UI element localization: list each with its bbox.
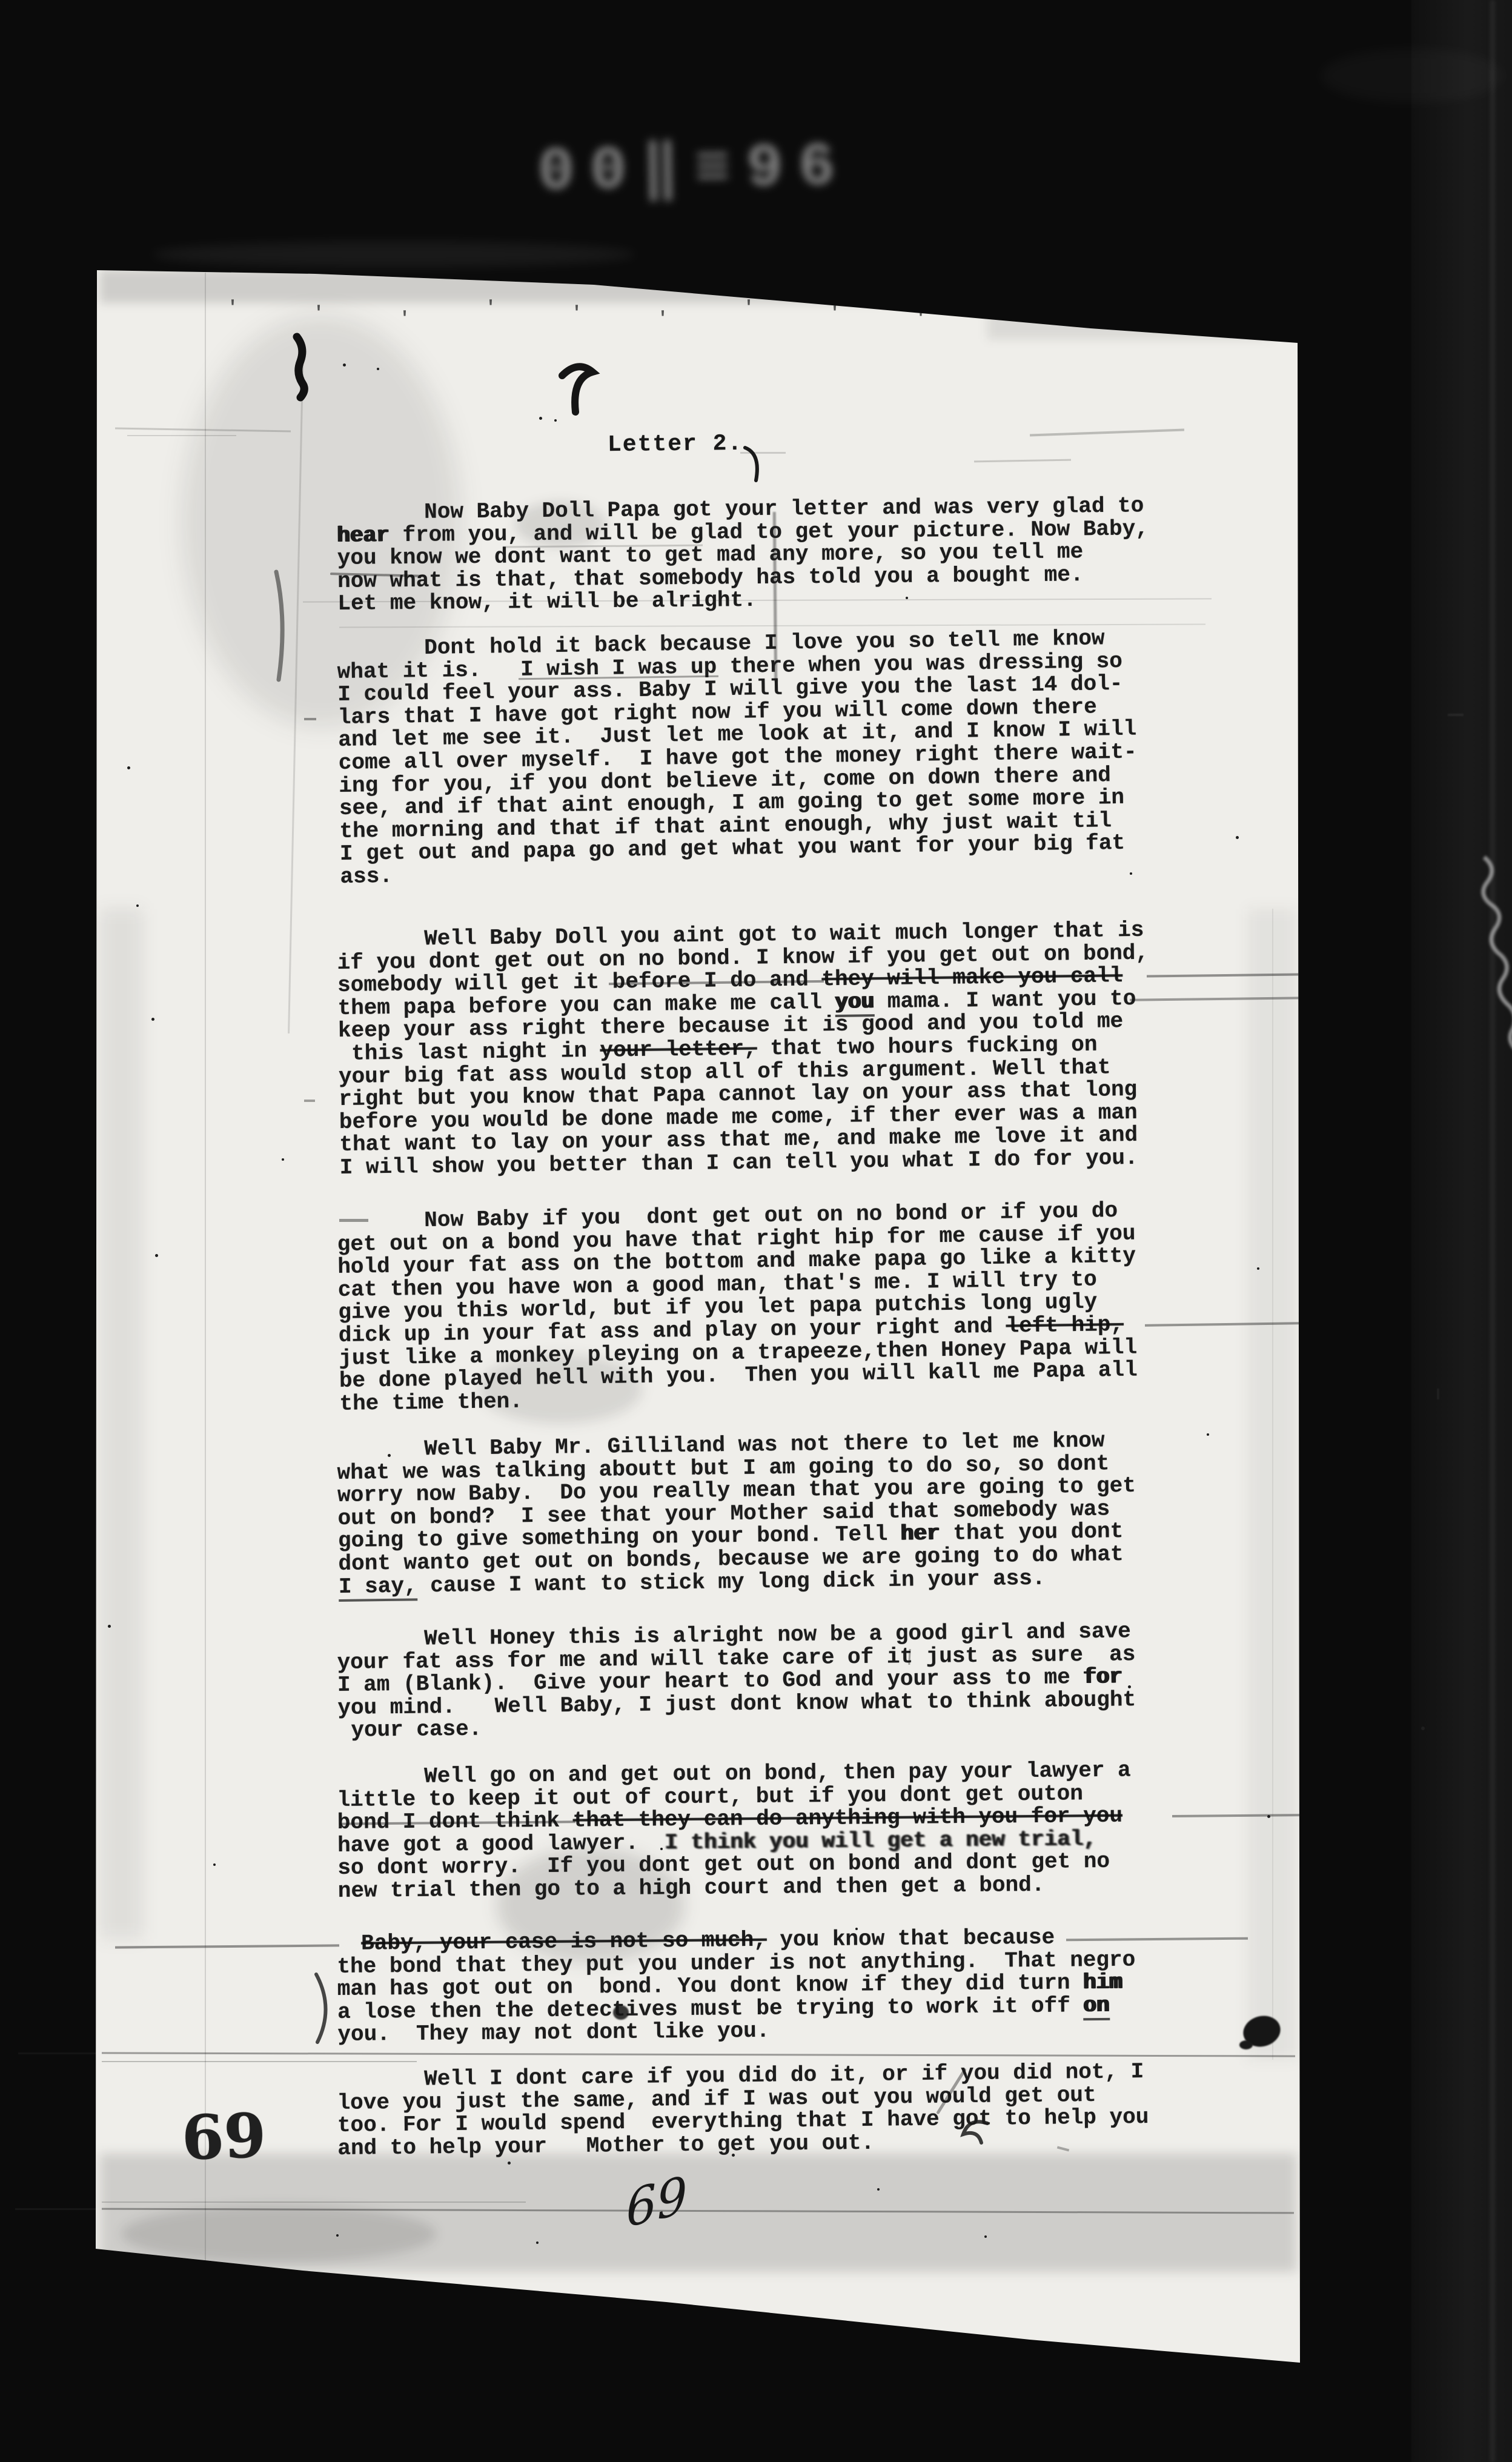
film-scratch bbox=[1437, 1389, 1439, 1399]
film-scratch bbox=[1448, 714, 1464, 716]
letter-text: you. They may not dont like you. bbox=[337, 2019, 769, 2047]
dust-speck bbox=[877, 2188, 880, 2191]
dust-speck bbox=[1267, 1815, 1270, 1818]
film-stamp: 00‖≡96 bbox=[537, 127, 851, 208]
dust-mark: ' bbox=[915, 309, 926, 330]
dust-speck bbox=[151, 1018, 154, 1021]
strike-extension-line bbox=[115, 1944, 339, 1948]
ink-mark bbox=[557, 357, 606, 418]
scratch-line bbox=[740, 452, 786, 454]
rule-line bbox=[102, 2202, 526, 2203]
rule-line bbox=[102, 2208, 1294, 2214]
dust-speck bbox=[213, 1863, 216, 1866]
dust-mark: ' bbox=[657, 309, 668, 330]
handwritten-page-number: 69 bbox=[625, 2165, 689, 2239]
film-edge-squiggle bbox=[1466, 854, 1512, 1072]
rule-line bbox=[102, 2061, 417, 2062]
dust-mark: ' bbox=[1087, 304, 1098, 324]
letter-paragraph: Now Baby if you dont get out on no bond … bbox=[337, 1198, 1224, 1416]
dust-mark: ' bbox=[1001, 298, 1012, 319]
dust-speck bbox=[127, 766, 130, 769]
letter-text: the time then. bbox=[339, 1389, 523, 1416]
dust-speck bbox=[136, 904, 139, 907]
stain bbox=[100, 2154, 1296, 2272]
film-fuzz bbox=[1321, 48, 1502, 103]
film-scratch bbox=[15, 2208, 103, 2210]
letter-title: Letter 2. bbox=[608, 431, 743, 458]
dust-speck bbox=[984, 2235, 987, 2238]
letter-text-marked: her bbox=[901, 1521, 940, 1547]
dust-mark: ' bbox=[485, 298, 496, 319]
film-fuzz bbox=[151, 241, 636, 268]
ink-mark bbox=[740, 444, 771, 486]
dust-mark: ' bbox=[227, 298, 238, 319]
dust-speck bbox=[282, 1158, 284, 1161]
letter-paragraph: Well Baby Mr. Gilliland was not there to… bbox=[337, 1428, 1223, 1598]
letter-text-marked: on bbox=[1083, 1993, 1110, 2020]
letter-text: Let me know, it will be alright. bbox=[337, 588, 757, 616]
letter-paragraph: Well Baby Doll you aint got to wait much… bbox=[337, 918, 1224, 1179]
letter-paragraph: Baby, your case is not so much, you know… bbox=[337, 1925, 1222, 2046]
letter-text-marked: I think you will get a new trial, bbox=[665, 1827, 1096, 1855]
dust-speck bbox=[508, 2162, 511, 2165]
dust-speck bbox=[539, 417, 542, 420]
letter-text: ass. bbox=[340, 864, 393, 889]
film-edge-seam bbox=[1490, 0, 1495, 2462]
letter-text: and to help your Mother to get you out. bbox=[337, 2130, 874, 2160]
dash-mark bbox=[304, 718, 316, 720]
film-edge-strip bbox=[1411, 0, 1512, 2462]
letter-text-marked: I say, bbox=[339, 1573, 417, 1602]
rule-line bbox=[102, 2052, 1295, 2057]
letter-text-marked: him bbox=[1083, 1970, 1122, 1996]
letter-paragraph: Dont hold it back because I love you so … bbox=[337, 626, 1225, 889]
film-scratch bbox=[1421, 1727, 1425, 1730]
dust-speck bbox=[536, 2241, 539, 2244]
dust-speck bbox=[343, 363, 346, 367]
dust-speck bbox=[155, 1254, 158, 1257]
dust-mark: ' bbox=[399, 309, 410, 330]
dust-mark: ' bbox=[571, 304, 582, 324]
crease-line bbox=[288, 343, 304, 1034]
ink-mark bbox=[268, 569, 298, 685]
stain bbox=[100, 270, 1296, 303]
letter-paper: Letter 2. Now Baby Doll Papa got your le… bbox=[0, 0, 1512, 2462]
dust-mark: ' bbox=[743, 298, 754, 319]
scratch-line bbox=[127, 435, 236, 436]
ink-blot bbox=[1240, 2012, 1284, 2051]
dust-mark: ' bbox=[1173, 309, 1184, 330]
letter-text: your case. bbox=[338, 1717, 482, 1743]
dust-mark: ' bbox=[313, 304, 324, 324]
ink-blot bbox=[1239, 2040, 1253, 2049]
dust-speck bbox=[1236, 836, 1239, 839]
ink-mark bbox=[303, 1972, 339, 2057]
letter-paragraph: Well I dont care if you did do it, or if… bbox=[337, 2060, 1222, 2160]
letter-text-marked: for bbox=[1083, 1665, 1122, 1690]
dust-speck bbox=[554, 419, 557, 422]
crease-line bbox=[205, 273, 206, 2266]
stain bbox=[987, 312, 1272, 339]
stain bbox=[100, 909, 142, 1939]
letter-text-marked: hear bbox=[337, 523, 390, 548]
ink-mark bbox=[286, 334, 322, 401]
scratch-line bbox=[115, 427, 291, 432]
scratch-line bbox=[974, 459, 1071, 463]
dust-speck bbox=[336, 2234, 339, 2237]
printed-page-number: 69 bbox=[181, 2100, 267, 2174]
scanned-letter-page: 00‖≡96 Letter 2. Now Baby Doll Papa got … bbox=[0, 0, 1512, 2462]
dust-speck bbox=[108, 1625, 111, 1628]
dash-mark bbox=[304, 1100, 315, 1102]
letter-paragraph: Now Baby Doll Papa got your letter and w… bbox=[337, 494, 1222, 615]
film-scratch bbox=[18, 2052, 103, 2054]
crease-line bbox=[1272, 909, 1273, 2060]
letter-paragraph: Well go on and get out on bond, then pay… bbox=[337, 1758, 1222, 1902]
dust-speck bbox=[377, 368, 379, 370]
dust-mark: ' bbox=[829, 304, 840, 324]
stain bbox=[1248, 909, 1296, 2060]
letter-text: new trial then go to a high court and th… bbox=[338, 1873, 1045, 1903]
scratch-line bbox=[1030, 429, 1184, 437]
dust-speck bbox=[1257, 1267, 1259, 1270]
stain bbox=[121, 2205, 436, 2263]
letter-paragraph: Well Honey this is alright now be a good… bbox=[337, 1619, 1222, 1742]
